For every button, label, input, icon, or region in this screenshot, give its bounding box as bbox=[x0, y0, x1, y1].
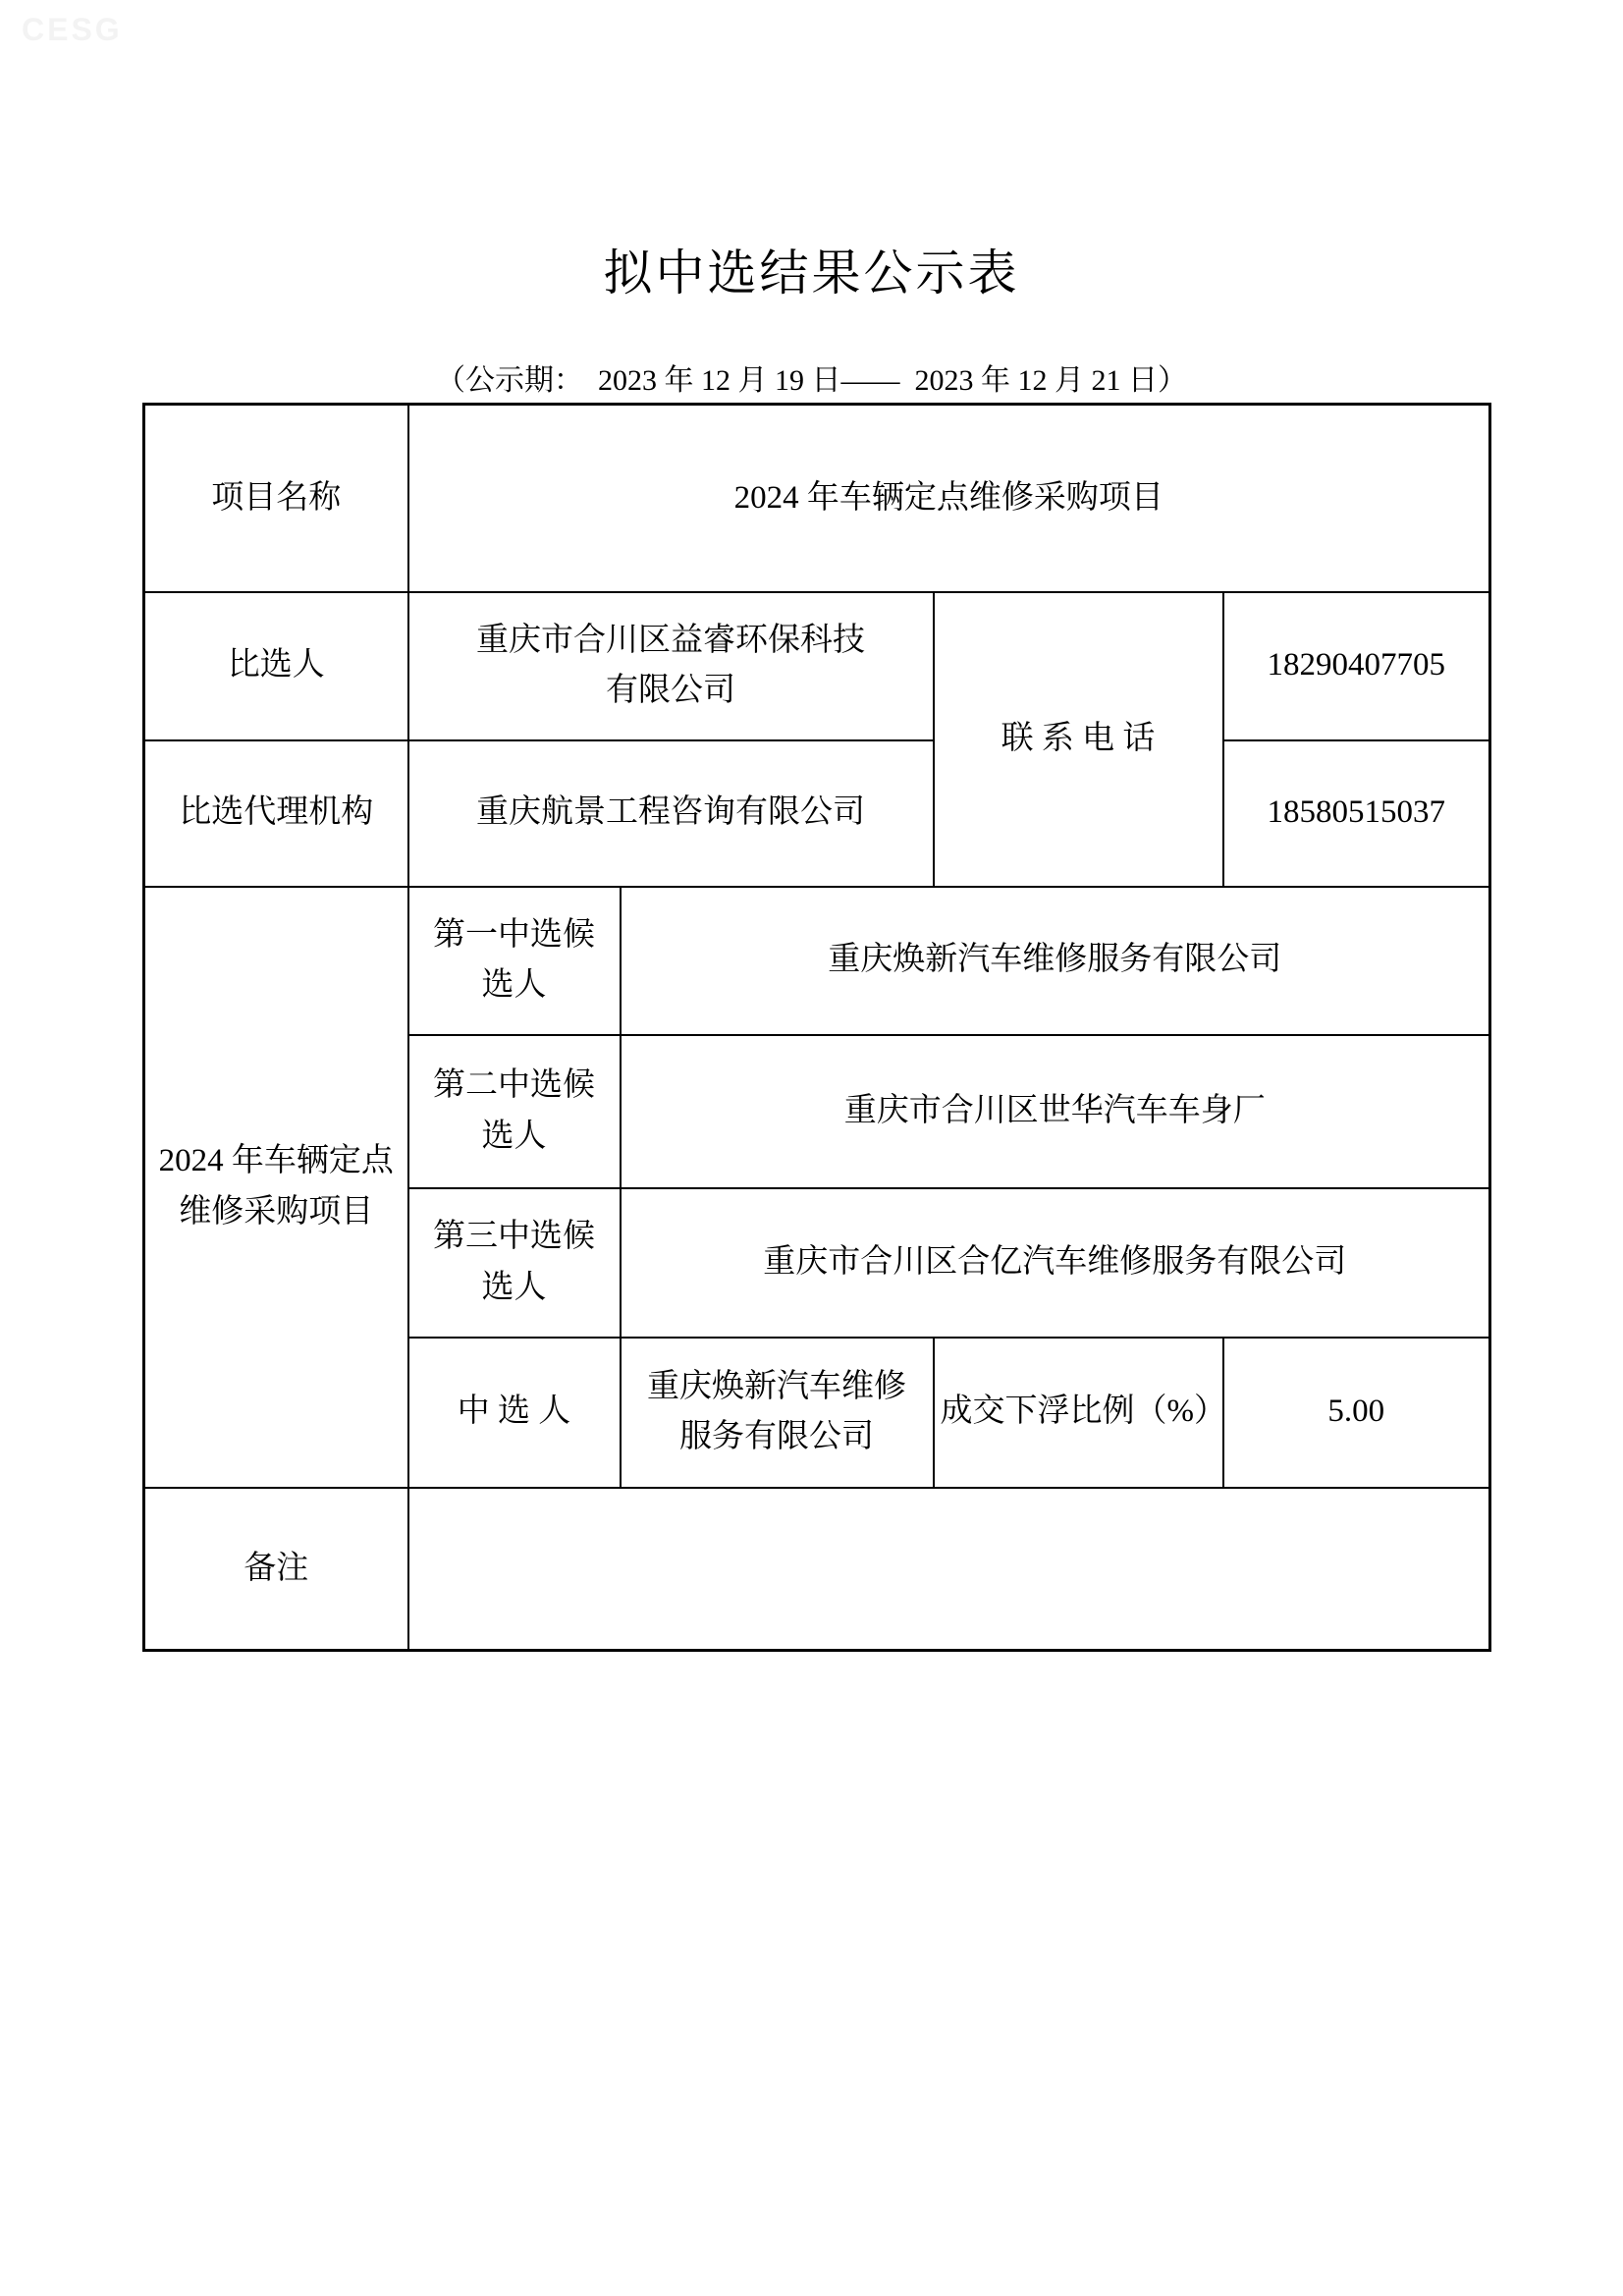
row-project-name: 项目名称 2024 年车辆定点维修采购项目 bbox=[144, 405, 1490, 592]
comparer-phone: 18290407705 bbox=[1223, 592, 1490, 740]
discount-value: 5.00 bbox=[1223, 1338, 1490, 1488]
row-agency: 比选代理机构 重庆航景工程咨询有限公司 18580515037 bbox=[144, 740, 1490, 887]
row-comparer: 比选人 重庆市合川区益睿环保科技 有限公司 联 系 电 话 1829040770… bbox=[144, 592, 1490, 740]
phone-label: 联 系 电 话 bbox=[934, 592, 1223, 887]
publicity-period: （公示期： 2023 年 12 月 19 日—— 2023 年 12 月 21 … bbox=[0, 355, 1623, 399]
candidate-1-label: 第一中选候 选人 bbox=[408, 887, 621, 1035]
agency-phone: 18580515037 bbox=[1223, 740, 1490, 887]
agency-label: 比选代理机构 bbox=[144, 740, 408, 887]
remark-value bbox=[408, 1488, 1490, 1651]
project-group-label: 2024 年车辆定点 维修采购项目 bbox=[144, 887, 408, 1488]
candidate-3-value: 重庆市合川区合亿汽车维修服务有限公司 bbox=[621, 1188, 1490, 1338]
comparer-label: 比选人 bbox=[144, 592, 408, 740]
candidate-2-value: 重庆市合川区世华汽车车身厂 bbox=[621, 1035, 1490, 1188]
page-title: 拟中选结果公示表 bbox=[0, 234, 1623, 304]
watermark: CESG bbox=[22, 12, 123, 48]
candidate-3-label: 第三中选候 选人 bbox=[408, 1188, 621, 1338]
remark-label: 备注 bbox=[144, 1488, 408, 1651]
project-name-label: 项目名称 bbox=[144, 405, 408, 592]
row-candidate-1: 2024 年车辆定点 维修采购项目 第一中选候 选人 重庆焕新汽车维修服务有限公… bbox=[144, 887, 1490, 1035]
agency-value: 重庆航景工程咨询有限公司 bbox=[408, 740, 934, 887]
winner-value: 重庆焕新汽车维修 服务有限公司 bbox=[621, 1338, 934, 1488]
candidate-2-label: 第二中选候 选人 bbox=[408, 1035, 621, 1188]
document-page: CESG 拟中选结果公示表 （公示期： 2023 年 12 月 19 日—— 2… bbox=[0, 0, 1623, 2296]
winner-label: 中 选 人 bbox=[408, 1338, 621, 1488]
comparer-value: 重庆市合川区益睿环保科技 有限公司 bbox=[408, 592, 934, 740]
result-table: 项目名称 2024 年车辆定点维修采购项目 比选人 重庆市合川区益睿环保科技 有… bbox=[142, 403, 1491, 1652]
discount-label: 成交下浮比例（%） bbox=[934, 1338, 1223, 1488]
row-remark: 备注 bbox=[144, 1488, 1490, 1651]
candidate-1-value: 重庆焕新汽车维修服务有限公司 bbox=[621, 887, 1490, 1035]
project-name-value: 2024 年车辆定点维修采购项目 bbox=[408, 405, 1490, 592]
